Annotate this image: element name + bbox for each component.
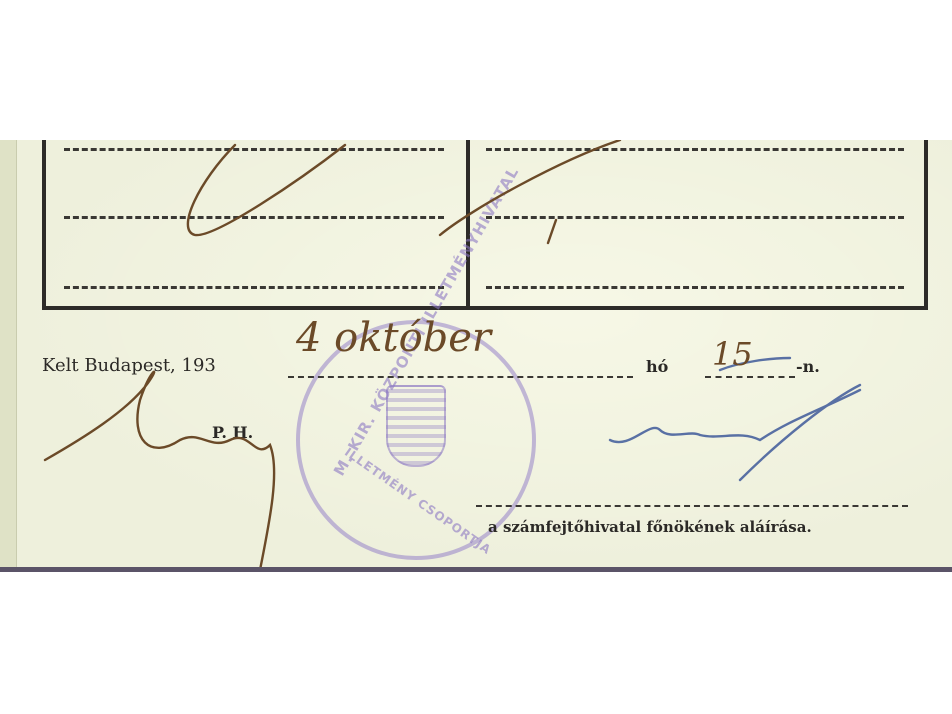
handwritten-day: 15 bbox=[712, 335, 753, 373]
fill-line bbox=[486, 148, 904, 151]
date-place-label: Kelt Budapest, 193 bbox=[42, 355, 216, 376]
fill-line bbox=[64, 286, 444, 289]
coat-of-arms-icon bbox=[386, 385, 446, 467]
day-fill-line bbox=[705, 376, 795, 378]
handwritten-month: 4 október bbox=[296, 315, 491, 361]
day-suffix: -n. bbox=[796, 357, 820, 376]
document-photo: M. KIR. KÖZPONTI ILLETMÉNYHIVATAL ILLETM… bbox=[0, 140, 952, 572]
fill-line bbox=[486, 216, 904, 219]
handwritten-year-digit: 4 bbox=[296, 315, 321, 361]
table-divider bbox=[466, 140, 470, 306]
booklet-spine bbox=[0, 140, 17, 572]
seal-label: P. H. bbox=[212, 423, 253, 442]
signature-line bbox=[476, 505, 908, 507]
handwritten-month-text: október bbox=[334, 315, 491, 361]
signature-caption: a számfejtőhivatal főnökének aláírása. bbox=[488, 518, 812, 536]
fill-line bbox=[64, 216, 444, 219]
month-fill-line bbox=[288, 376, 633, 378]
page-edge bbox=[0, 567, 952, 572]
fill-line bbox=[64, 148, 444, 151]
fill-line bbox=[486, 286, 904, 289]
month-label: hó bbox=[646, 357, 668, 376]
